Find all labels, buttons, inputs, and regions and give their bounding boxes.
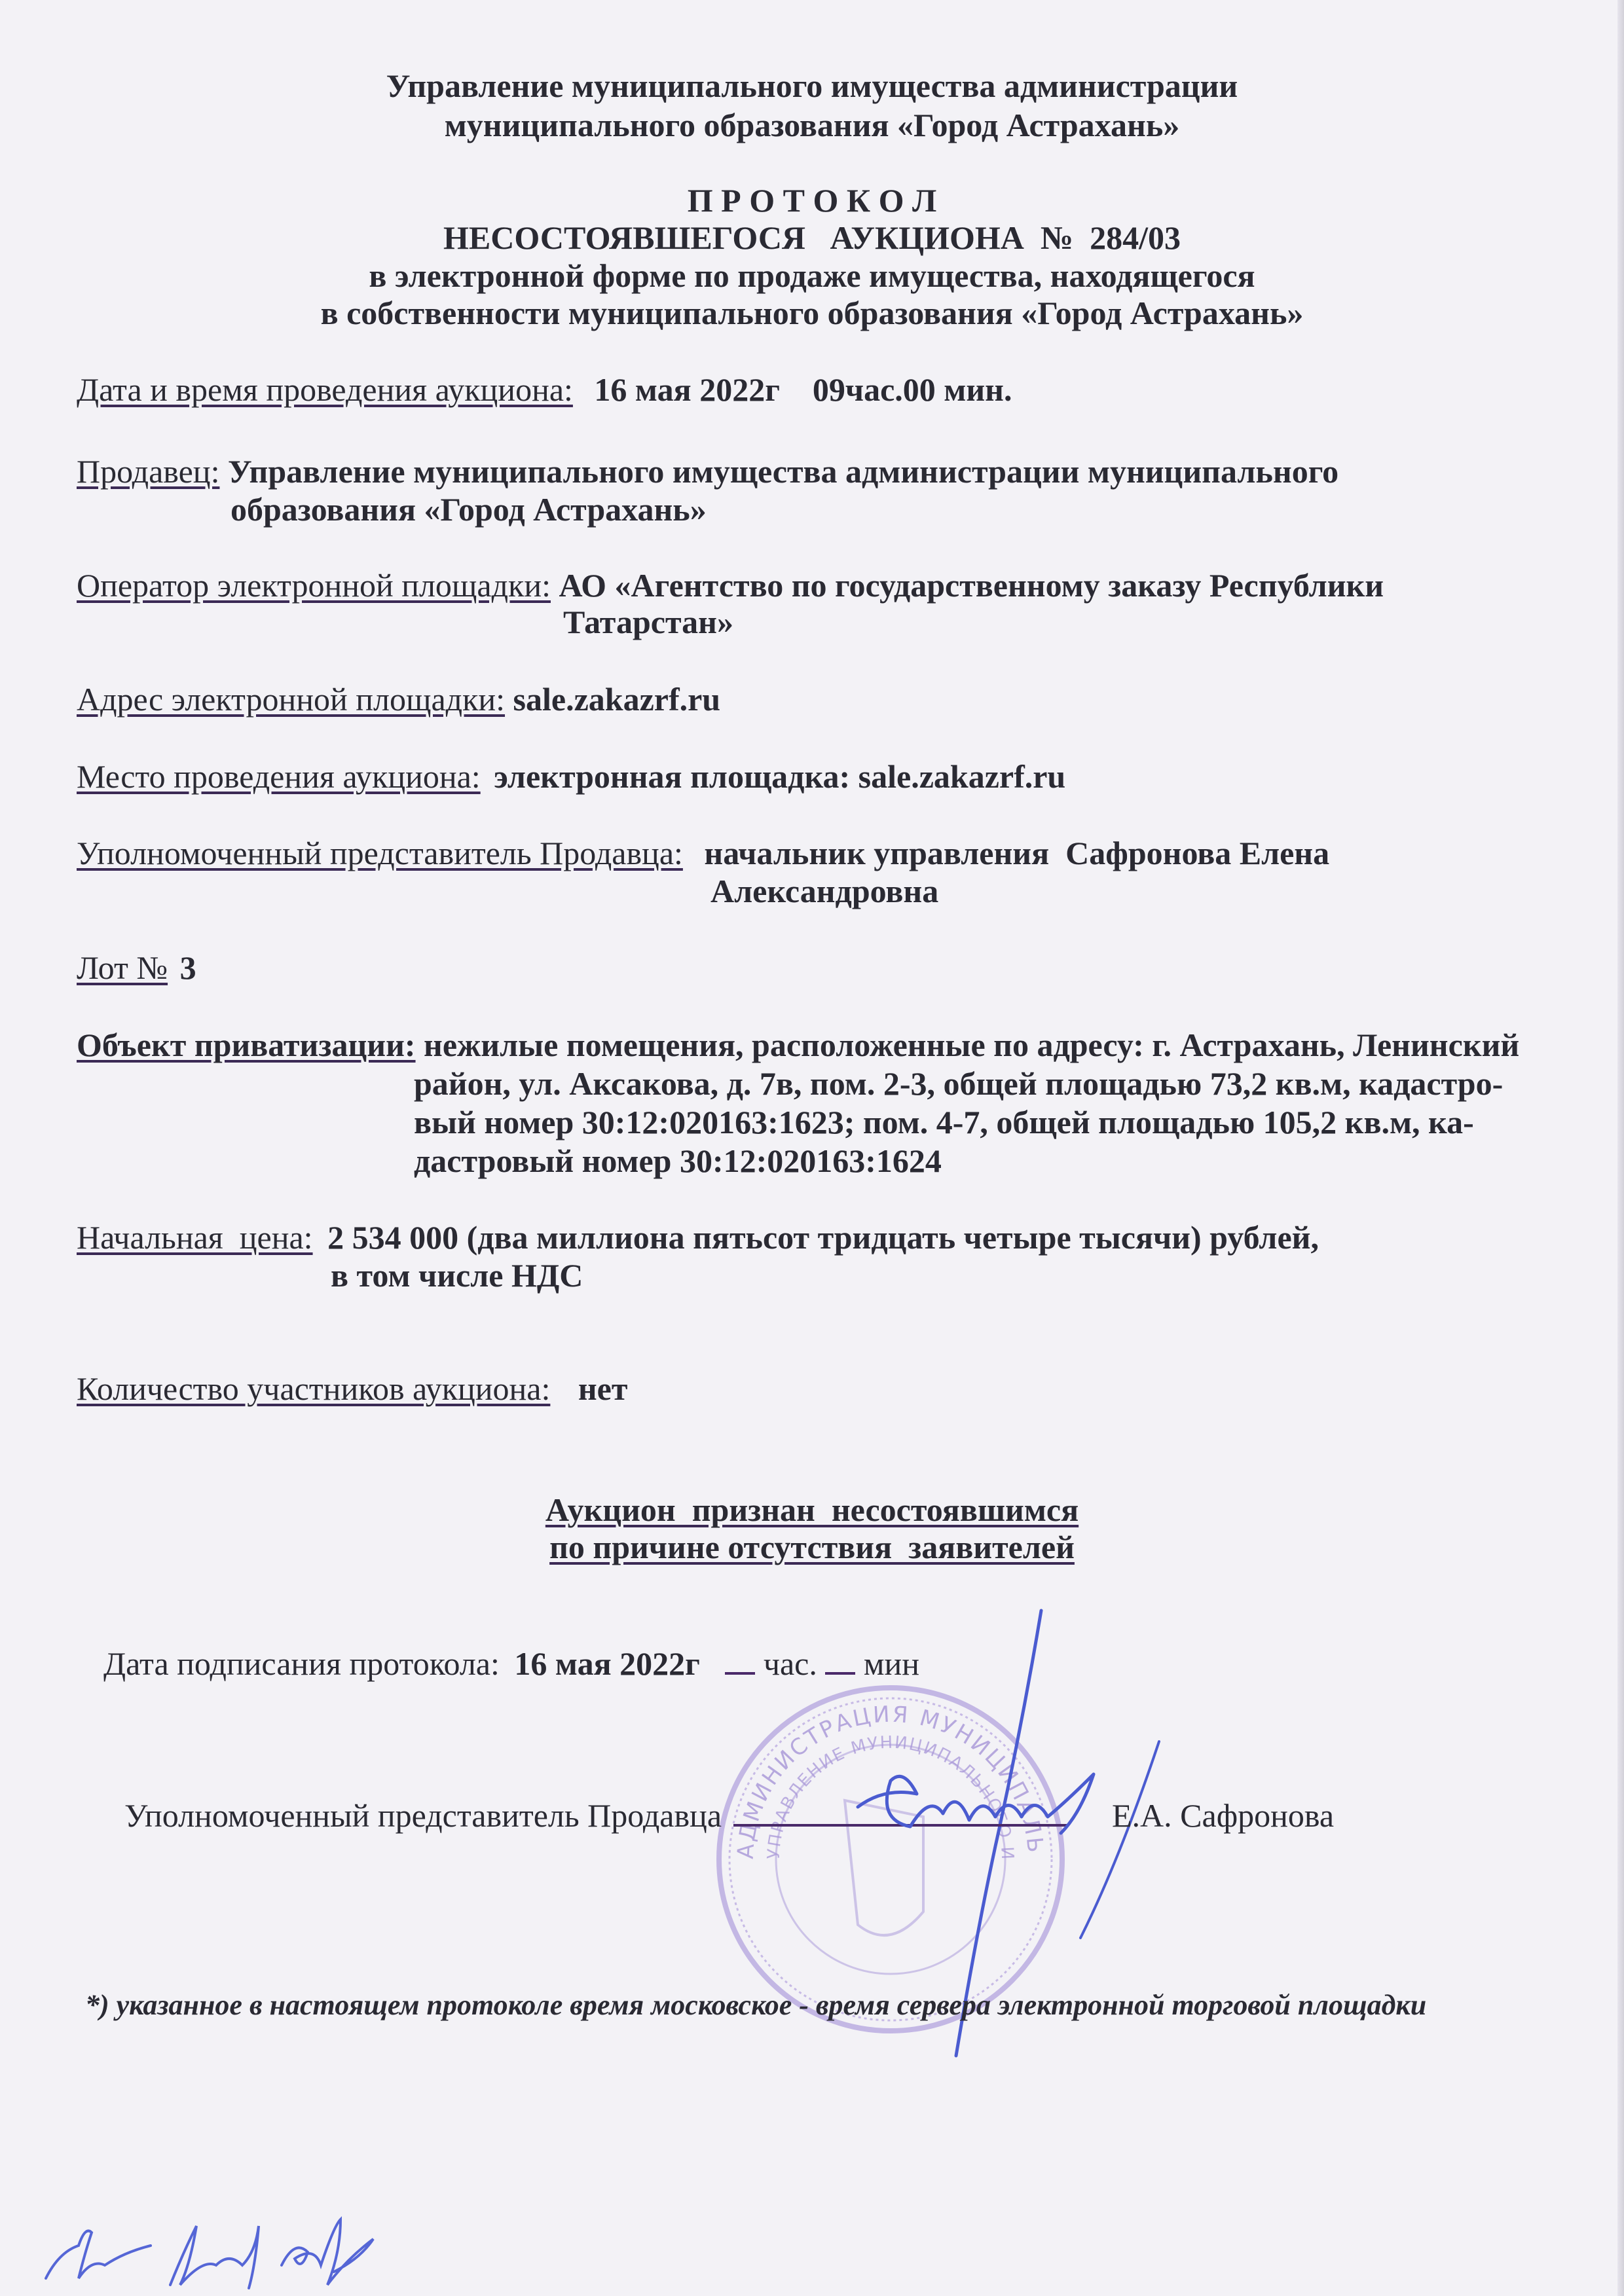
field-object-value-line3: вый номер 30:12:020163:1623; пом. 4-7, о… (414, 1104, 1474, 1140)
signing-hour-blank (725, 1646, 755, 1675)
page-edge-shadow (1617, 0, 1624, 2296)
signature-row: Уполномоченный представитель ПродавцаЕ.А… (124, 1797, 1334, 1834)
field-representative-value-line2: Александровна (710, 873, 938, 909)
field-price: Начальная цена: 2 534 000 (два миллиона … (77, 1219, 1319, 1256)
result-line1: Аукцион признан несостоявшимся (545, 1491, 1079, 1528)
title-auction-number: НЕСОСТОЯВШЕГОСЯ АУКЦИОНА № 284/03 (0, 219, 1624, 256)
field-representative-label: Уполномоченный представитель Продавца: (77, 835, 683, 871)
result-line2: по причине отсутствия заявителей (549, 1529, 1075, 1565)
signing-date-label: Дата подписания протокола: (103, 1645, 500, 1682)
field-platform-address-value: sale.zakazrf.ru (513, 681, 721, 718)
signature-rep-label: Уполномоченный представитель Продавца (124, 1797, 722, 1834)
field-platform-address: Адрес электронной площадки: sale.zakazrf… (77, 681, 720, 718)
field-lot-value: 3 (180, 949, 196, 986)
field-place-label: Место проведения аукциона: (77, 758, 481, 795)
approval-signatures-icon (33, 2213, 386, 2291)
field-object-value-line4: дастровый номер 30:12:020163:1624 (414, 1142, 942, 1179)
field-seller-value-line1: Управление муниципального имущества адми… (228, 453, 1338, 490)
field-datetime: Дата и время проведения аукциона: 16 мая… (77, 371, 1012, 408)
field-place: Место проведения аукциона: электронная п… (77, 758, 1065, 795)
field-representative-value-line1: начальник управления Сафронова Елена (704, 835, 1329, 871)
protocol-page: Управление муниципального имущества адми… (0, 0, 1624, 2296)
result-statement: Аукцион признан несостоявшимся (0, 1491, 1624, 1528)
field-price-value-line2: в том числе НДС (331, 1257, 583, 1294)
field-seller-value-line2: образования «Город Астрахань» (231, 491, 707, 528)
field-operator: Оператор электронной площадки: АО «Агент… (77, 567, 1384, 604)
field-seller: Продавец: Управление муниципального имущ… (77, 453, 1338, 490)
field-datetime-value: 16 мая 2022г 09час.00 мин. (594, 371, 1012, 408)
field-participants: Количество участников аукциона: нет (77, 1370, 627, 1407)
header-org-line1: Управление муниципального имущества адми… (0, 67, 1624, 104)
field-price-value-line1: 2 534 000 (два миллиона пятьсот тридцать… (327, 1219, 1319, 1256)
field-participants-label: Количество участников аукциона: (77, 1370, 550, 1407)
title-protocol: П Р О Т О К О Л (0, 182, 1624, 219)
field-representative: Уполномоченный представитель Продавца: н… (77, 835, 1329, 871)
footnote: *) указанное в настоящем протоколе время… (85, 1988, 1426, 2022)
field-object-value-line1: нежилые помещения, расположенные по адре… (424, 1027, 1519, 1063)
field-seller-label: Продавец: (77, 453, 219, 490)
title-subtitle-line2: в собственности муниципального образован… (0, 295, 1624, 331)
field-lot-label: Лот № (77, 949, 168, 986)
field-operator-value-line2: Татарстан» (563, 604, 733, 640)
field-operator-value-line1: АО «Агентство по государственному заказу… (559, 567, 1384, 604)
field-operator-label: Оператор электронной площадки: (77, 567, 551, 604)
signature-rep-name: Е.А. Сафронова (1112, 1797, 1334, 1834)
signing-date-value: 16 мая 2022г (514, 1645, 699, 1682)
result-reason: по причине отсутствия заявителей (0, 1529, 1624, 1565)
field-object-value-line2: район, ул. Аксакова, д. 7в, пом. 2-3, об… (414, 1065, 1503, 1102)
field-participants-value: нет (578, 1370, 628, 1407)
handwritten-signature-icon (845, 1755, 1120, 1846)
field-platform-address-label: Адрес электронной площадки: (77, 681, 505, 718)
field-price-label: Начальная цена: (77, 1219, 313, 1256)
title-subtitle-line1: в электронной форме по продаже имущества… (0, 257, 1624, 294)
header-org-line2: муниципального образования «Город Астрах… (0, 107, 1624, 143)
field-object-label: Объект приватизации: (77, 1027, 416, 1063)
field-datetime-label: Дата и время проведения аукциона: (77, 371, 573, 408)
field-place-value: электронная площадка: sale.zakazrf.ru (494, 758, 1065, 795)
field-lot: Лот № 3 (77, 949, 196, 986)
field-object: Объект приватизации: нежилые помещения, … (77, 1027, 1519, 1063)
